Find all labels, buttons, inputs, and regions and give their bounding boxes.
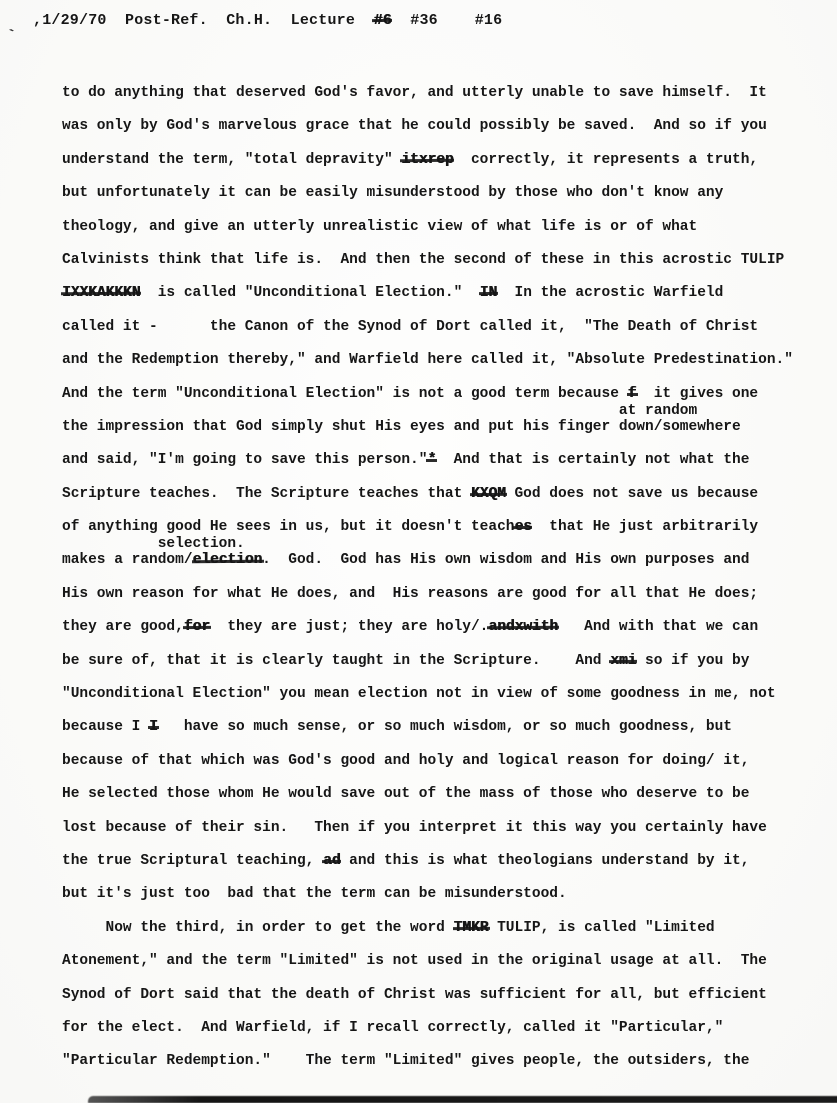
text-run: down/somewhere	[619, 419, 741, 435]
struck-text: itxrep	[401, 152, 453, 168]
header-line: ,1/29/70 Post-Ref. Ch.H. Lecture #6 #36 …	[33, 12, 502, 29]
struck-text: KXQM	[471, 486, 506, 502]
text-run: but it's just too bad that the term can …	[62, 886, 567, 902]
text-run: He selected those whom He would save out…	[62, 786, 749, 802]
document-line: because of that which was God's good and…	[62, 745, 802, 778]
text-run: And the term "Unconditional Election" is…	[62, 386, 628, 402]
text-run: makes a random/	[62, 552, 193, 568]
text-run: the impression that God simply shut His …	[62, 419, 619, 435]
document-line: was only by God's marvelous grace that h…	[62, 110, 802, 143]
document-line: makes a random/selection.election. God. …	[62, 544, 802, 577]
interlinear-insertion: at random	[619, 404, 697, 419]
struck-text: I	[149, 719, 158, 735]
text-run: Scripture teaches. The Scripture teaches…	[62, 486, 471, 502]
text-run: for the elect. And Warfield, if I recall…	[62, 1020, 723, 1036]
text-run: Calvinists think that life is. And then …	[62, 252, 784, 268]
text-run: to do anything that deserved God's favor…	[62, 85, 767, 101]
struck-text: ad	[323, 853, 340, 869]
text-run: #36 #16	[392, 12, 502, 29]
document-line: Now the third, in order to get the word …	[62, 912, 802, 945]
text-run: because I	[62, 719, 149, 735]
text-run: called it - the Canon of the Synod of Do…	[62, 319, 758, 335]
text-run: ,1/29/70 Post-Ref. Ch.H. Lecture	[33, 12, 373, 29]
text-run: the true Scriptural teaching,	[62, 853, 323, 869]
text-run: they are just; they are holy/.	[210, 619, 488, 635]
document-line: Synod of Dort said that the death of Chr…	[62, 979, 802, 1012]
text-run: Atonement," and the term "Limited" is no…	[62, 953, 767, 969]
struck-text: IN	[480, 285, 497, 301]
text-run: but unfortunately it can be easily misun…	[62, 185, 723, 201]
text-run: Synod of Dort said that the death of Chr…	[62, 987, 767, 1003]
document-line: but it's just too bad that the term can …	[62, 878, 802, 911]
margin-tick-mark: `	[6, 27, 20, 48]
struck-text: #6	[373, 12, 391, 29]
struck-text: xmi	[610, 653, 636, 669]
text-run: of anything good He sees in us, but it d…	[62, 519, 514, 535]
text-run: have so much sense, or so much wisdom, o…	[158, 719, 732, 735]
text-run: lost because of their sin. Then if you i…	[62, 820, 767, 836]
struck-text: TMKR	[454, 920, 489, 936]
struck-text: *	[427, 452, 436, 468]
document-line: to do anything that deserved God's favor…	[62, 77, 802, 110]
text-run: and said, "I'm going to save this person…	[62, 452, 427, 468]
text-run: was only by God's marvelous grace that h…	[62, 118, 767, 134]
text-run: it gives one	[636, 386, 758, 402]
text-run: be sure of, that it is clearly taught in…	[62, 653, 610, 669]
text-run: that He just arbitrarily	[532, 519, 758, 535]
text-run: TULIP, is called "Limited	[488, 920, 714, 936]
document-line: and said, "I'm going to save this person…	[62, 444, 802, 477]
document-line: His own reason for what He does, and His…	[62, 578, 802, 611]
interlinear-insertion: selection.	[158, 537, 245, 552]
document-line: He selected those whom He would save out…	[62, 778, 802, 811]
text-with-insertion: selection.election	[193, 552, 263, 568]
text-run: correctly, it represents a truth,	[454, 152, 759, 168]
struck-text: andxwith	[488, 619, 558, 635]
struck-text: for	[184, 619, 210, 635]
document-body: to do anything that deserved God's favor…	[62, 77, 802, 1079]
document-line: understand the term, "total depravity" i…	[62, 144, 802, 177]
text-run: they are good,	[62, 619, 184, 635]
text-run: and the Redemption thereby," and Warfiel…	[62, 352, 793, 368]
struck-text: IXXKAKKKN	[62, 285, 140, 301]
text-run: "Particular Redemption." The term "Limit…	[62, 1053, 749, 1069]
text-run: theology, and give an utterly unrealisti…	[62, 219, 697, 235]
document-line: "Unconditional Election" you mean electi…	[62, 678, 802, 711]
text-run: is called "Unconditional Election."	[140, 285, 479, 301]
document-line: Scripture teaches. The Scripture teaches…	[62, 478, 802, 511]
document-line: "Particular Redemption." The term "Limit…	[62, 1045, 802, 1078]
struck-text: election	[193, 552, 263, 568]
document-line: theology, and give an utterly unrealisti…	[62, 211, 802, 244]
text-run: because of that which was God's good and…	[62, 753, 749, 769]
text-run: . God. God has His own wisdom and His ow…	[262, 552, 749, 568]
document-line: called it - the Canon of the Synod of Do…	[62, 311, 802, 344]
text-run: And with that we can	[558, 619, 758, 635]
scanned-page: ` ,1/29/70 Post-Ref. Ch.H. Lecture #6 #3…	[0, 0, 837, 1103]
scan-edge-band	[88, 1096, 837, 1103]
struck-text: es	[514, 519, 531, 535]
document-line: for the elect. And Warfield, if I recall…	[62, 1012, 802, 1045]
document-line: because I I have so much sense, or so mu…	[62, 711, 802, 744]
struck-text: f	[628, 386, 637, 402]
text-run: And that is certainly not what the	[436, 452, 749, 468]
document-line: IXXKAKKKN is called "Unconditional Elect…	[62, 277, 802, 310]
document-line: the true Scriptural teaching, ad and thi…	[62, 845, 802, 878]
document-line: and the Redemption thereby," and Warfiel…	[62, 344, 802, 377]
text-run: and this is what theologians understand …	[340, 853, 749, 869]
document-line: be sure of, that it is clearly taught in…	[62, 645, 802, 678]
document-line: Calvinists think that life is. And then …	[62, 244, 802, 277]
text-run: "Unconditional Election" you mean electi…	[62, 686, 776, 702]
text-run: God does not save us because	[506, 486, 758, 502]
text-with-insertion: at randomdown/somewhere	[619, 419, 741, 435]
text-run: Now the third, in order to get the word	[62, 920, 454, 936]
text-run: In the acrostic Warfield	[497, 285, 723, 301]
document-line: the impression that God simply shut His …	[62, 411, 802, 444]
text-run: His own reason for what He does, and His…	[62, 586, 758, 602]
text-run: so if you by	[636, 653, 749, 669]
document-line: but unfortunately it can be easily misun…	[62, 177, 802, 210]
text-run: understand the term, "total depravity"	[62, 152, 401, 168]
document-line: they are good,for they are just; they ar…	[62, 611, 802, 644]
document-line: Atonement," and the term "Limited" is no…	[62, 945, 802, 978]
document-line: lost because of their sin. Then if you i…	[62, 812, 802, 845]
